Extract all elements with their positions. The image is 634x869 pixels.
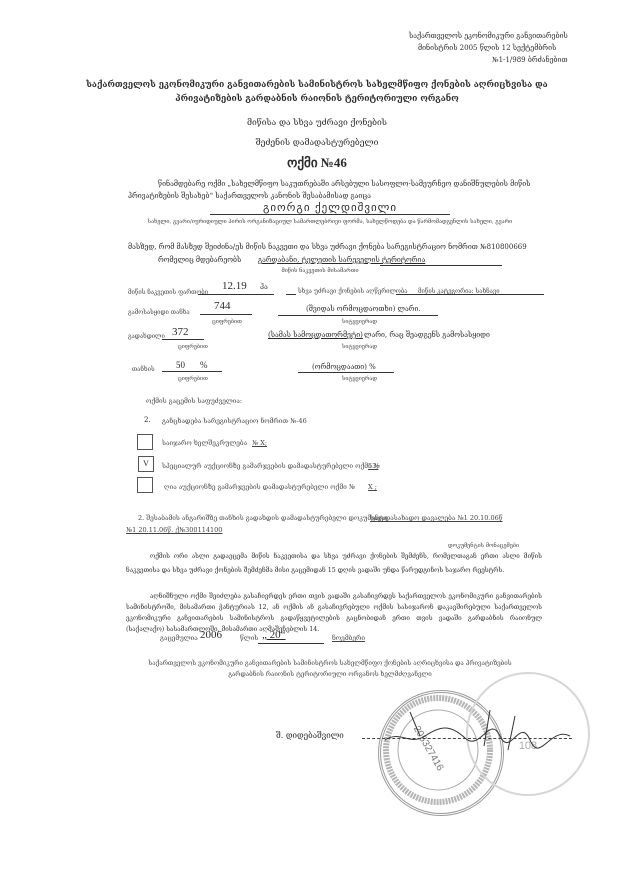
intro-line2: პრივატიზების შესახებ“ საქართველოს კანონი… — [128, 192, 371, 200]
check-special-ref: 53; — [368, 462, 378, 470]
pct-value: 50 — [176, 360, 185, 370]
pct-label: თანხის — [132, 366, 155, 373]
confirm-line2-prefix: რომელიც მდებარეობს — [158, 256, 241, 264]
person-name: გიორგი ქელდიშვილი — [210, 201, 450, 214]
paid-label: გადახდილი — [128, 333, 165, 340]
day-underline — [258, 643, 324, 644]
check-special-text: სპეციალურ აუქციონზე გამარჯვების დამადასტ… — [162, 462, 380, 470]
issued-day: „ 20“ — [262, 629, 286, 641]
other-prefix-line — [286, 294, 296, 295]
pct-underline — [162, 371, 222, 372]
name-underline — [210, 214, 450, 215]
paid-words: (სამას სამოცდათორმეტი) — [268, 331, 363, 339]
paid-words-tail: ლარი, რაც შეადგენს გამოსასყიდი — [364, 331, 490, 339]
signatory-name: შ. დიდებაშვილი — [276, 731, 344, 740]
sold-caption: ციფრებით — [212, 319, 242, 325]
sold-underline — [200, 314, 252, 315]
paragraph-appeal: აღნიშნული ოქმი შეიძლება გასაჩივრდეს ერთი… — [126, 591, 542, 635]
checkbox-open-auction[interactable] — [137, 477, 153, 493]
order-title: ოქმი №46 — [0, 155, 634, 171]
person-caption: სახელი, გვარი/იურიდიული პირის ორგანიზაცი… — [140, 219, 520, 225]
payment-doc: საგადასახადო დავალება №1 20.10.06წ — [370, 514, 503, 522]
checkbox-lease[interactable] — [137, 434, 153, 450]
pct-words: (ორმოცდაათი) % — [312, 363, 376, 371]
payment-doc-caption: დოკუმენტის მონაცემები — [448, 543, 519, 549]
issued-month: ნოემბერი — [332, 634, 365, 642]
confirm-line1: მასზედ, რომ მასზედ შეიძინა/ეს მიწის ნაკვ… — [128, 243, 527, 251]
pct-caption: ციფრებით — [178, 376, 208, 382]
other-label: სხვა უძრავი ქონების აღწერილობა — [298, 288, 408, 295]
check-lease-ref: № X; — [252, 439, 267, 447]
paid-underline — [162, 339, 204, 340]
signatory-org-line2: გარდაბნის რაიონის ტერიტორიული ორგანოს ხე… — [130, 671, 530, 678]
basis-item-num: 2. — [144, 416, 151, 424]
payment-line1: 2. შესაბამის ანგარიშზე თანხის გადახდის დ… — [138, 514, 387, 522]
sold-words-caption: სიტყვიერად — [342, 319, 377, 325]
sold-value: 744 — [214, 300, 231, 312]
check-open-text: ღია აუქციონზე გამარჯვების დამადასტურებელ… — [164, 483, 355, 491]
paragraph-copies: ოქმის ორი ასლი გადაეცემა მიწის ნაკვეთისა… — [126, 550, 542, 578]
area-underline — [198, 294, 274, 295]
basis-item-text: განცხადება სარეგისტრაციო ნომრით №-46 — [162, 417, 307, 425]
issued-year: 2006 — [200, 629, 222, 641]
area-value: 12.19 — [222, 280, 247, 292]
paid-words-caption: სიტყვიერად — [342, 344, 377, 350]
intro-line1: წინამდებარე ოქმი „სახელმწიფო საკუთრებაში… — [158, 180, 530, 188]
signature-scribble-icon — [380, 706, 580, 756]
location-caption: მიწის ნაკვეთის მისამართი — [200, 268, 440, 274]
area-label: მიწის ნაკვეთის ფართობი — [128, 289, 208, 296]
sold-words: (შვიდას ორმოცდაოთხი) ლარი. — [306, 305, 421, 313]
header-note-line3: №1-1/989 ბრძანებით — [492, 56, 567, 64]
authority-line2: პრივატიზების გარდაბნის რაიონის ტერიტორიუ… — [0, 94, 634, 104]
payment-line2: №1 20.11.06წ. ქ№300114100 — [126, 526, 222, 534]
sold-words-underline — [278, 315, 438, 316]
header-note-line2: მინისტრის 2005 წლის 12 სექტემბრის — [418, 44, 556, 52]
area-unit: ჰა — [260, 283, 268, 291]
basis-title: ოქმის გაცემის საფუძველია: — [146, 397, 242, 405]
check-lease-text: საიჯარო ხელშეკრულება — [162, 439, 247, 447]
location-value: გარდაბანი, ტელეთის სარეველის ტერიტორია — [258, 256, 425, 264]
issued-year-suffix: წლის — [240, 634, 258, 642]
subtitle-1: მიწისა და სხვა უძრავი ქონების — [0, 118, 634, 128]
signatory-org-line1: საქართველოს ეკონომიკური განვითარების სამ… — [130, 660, 530, 667]
other-underline — [396, 294, 544, 295]
paid-value: 372 — [172, 326, 189, 338]
authority-line1: საქართველოს ეკონომიკური განვითარების სამ… — [0, 80, 634, 90]
pct-unit: % — [200, 360, 208, 370]
pct-words-underline — [298, 372, 394, 373]
location-underline — [380, 265, 502, 266]
check-open-ref: X ; — [368, 483, 377, 491]
issued-prefix: გაცემულია — [160, 634, 198, 642]
sold-label: გამოსასყიდი თანხა — [128, 309, 190, 316]
pct-words-caption: სიტყვიერად — [342, 376, 377, 382]
paid-caption: ციფრებით — [178, 344, 208, 350]
checkbox-special-auction[interactable]: V — [138, 456, 154, 472]
subtitle-2: შეძენის დამადასტურებელი — [0, 138, 634, 148]
header-note-line1: საქართველოს ეკონომიკური განვითარების — [409, 32, 568, 40]
